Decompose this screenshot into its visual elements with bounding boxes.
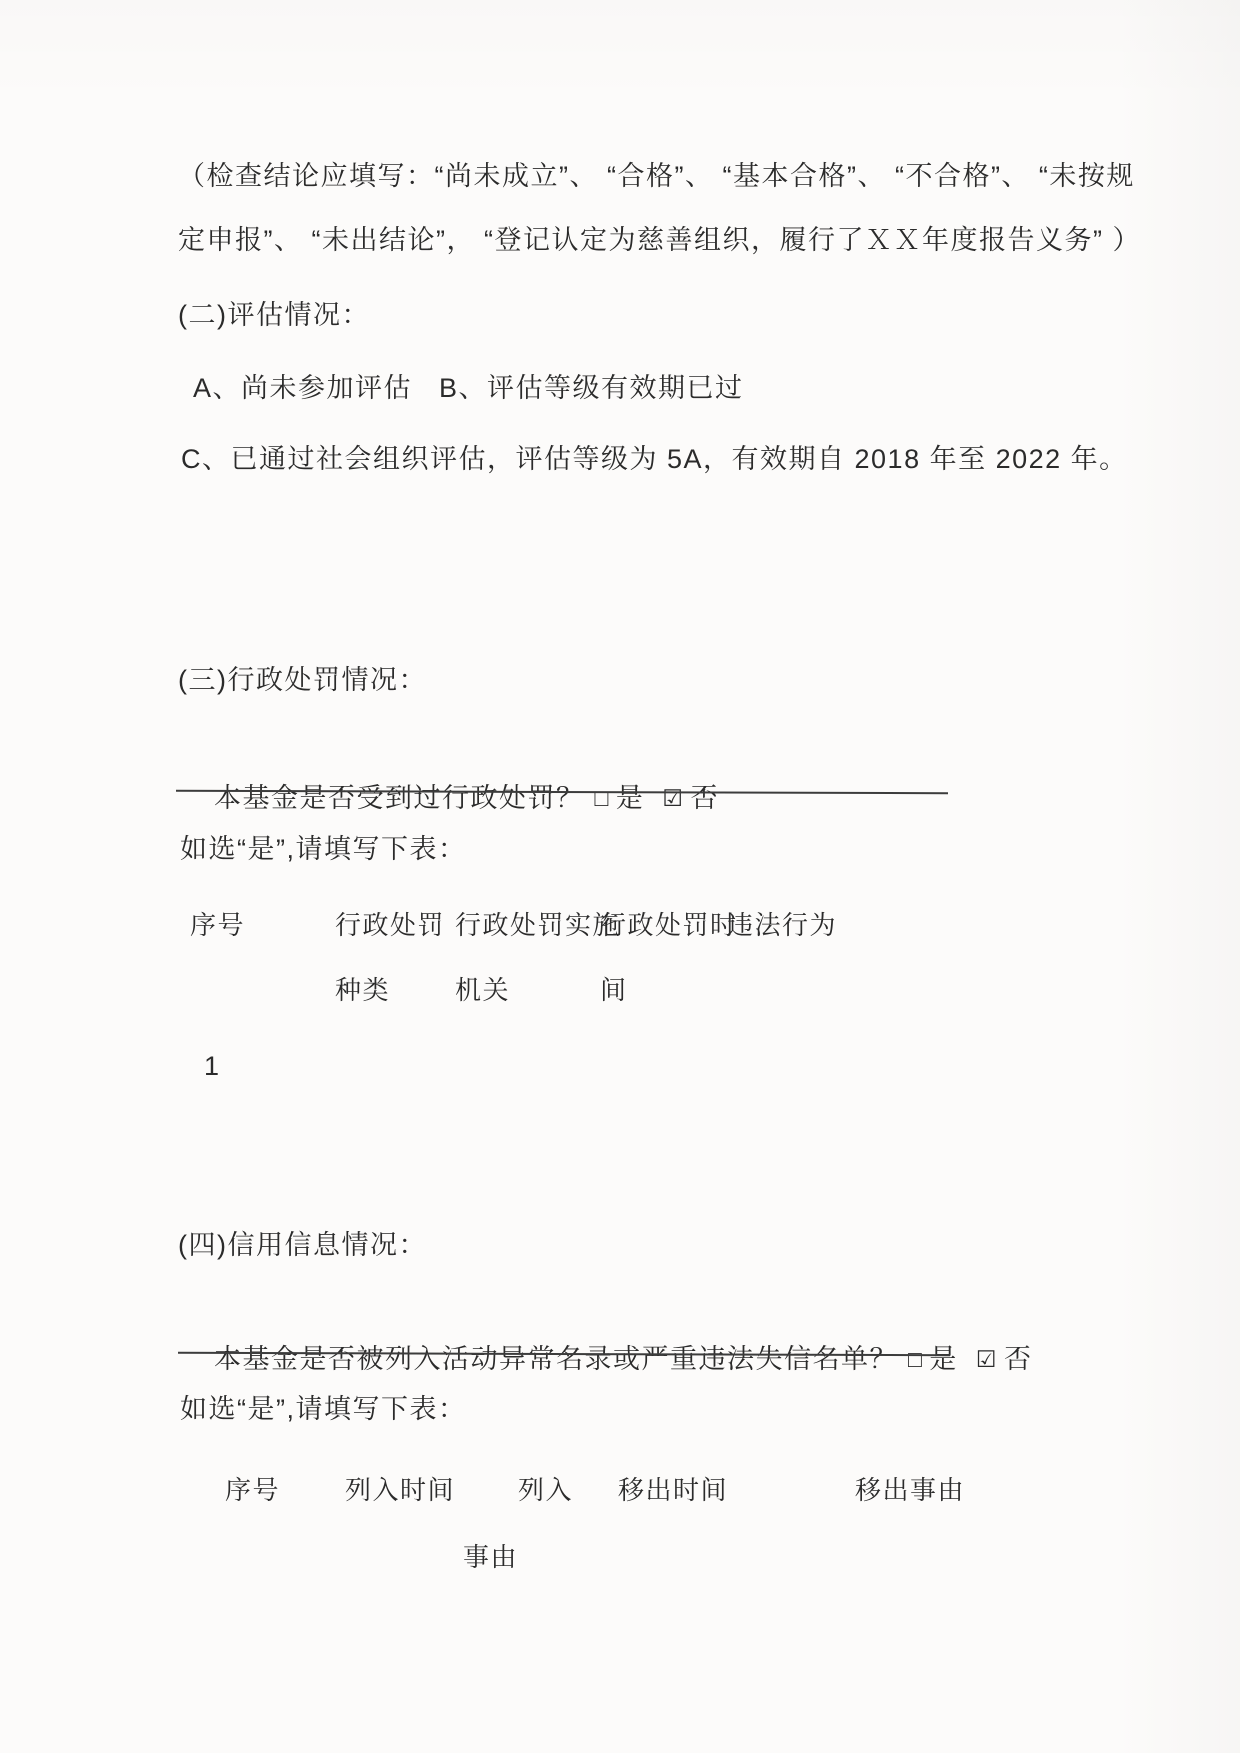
credit-table-header-removed-reason: 移出事由 xyxy=(855,1470,965,1507)
credit-yes-checkbox-icon: □ xyxy=(908,1341,923,1377)
evaluation-option-c: C、已通过社会组织评估，评估等级为 5A，有效期自 2018 年至 2022 年… xyxy=(181,441,1128,477)
credit-table-header-listed-reason-l2: 事由 xyxy=(463,1537,518,1574)
penalty-table-header-time-l1: 行政处罚时 xyxy=(600,905,738,942)
credit-table-header-listed-reason-l1: 列入 xyxy=(518,1470,573,1507)
credit-fill-hint: 如选“是”,请填写下表： xyxy=(180,1391,466,1427)
penalty-table-header-seq: 序号 xyxy=(190,905,245,942)
scanned-document-page: （检查结论应填写：“尚未成立”、 “合格”、 “基本合格”、 “不合格”、 “未… xyxy=(0,0,1240,1753)
credit-yes-label: 是 xyxy=(929,1341,958,1377)
penalty-table-header-violation: 违法行为 xyxy=(727,905,837,942)
penalty-no-checkbox-icon: ☑ xyxy=(662,780,684,816)
credit-question: 本基金是否被列入活动异常名录或严重违法失信名单？ xyxy=(214,1344,898,1374)
evaluation-options-ab: A、尚未参加评估 B、评估等级有效期已过 xyxy=(193,370,744,406)
penalty-table-header-time-l2: 间 xyxy=(600,970,628,1007)
penalty-yes-label: 是 xyxy=(616,780,645,816)
section-evaluation-heading: (二)评估情况： xyxy=(178,297,370,333)
credit-no-checkbox-icon: ☑ xyxy=(976,1341,998,1377)
penalty-table-header-authority-l2: 机关 xyxy=(455,970,510,1007)
credit-no-label: 否 xyxy=(1004,1341,1033,1377)
penalty-table-header-type-l2: 种类 xyxy=(335,970,390,1007)
inspection-note-line-2: 定申报”、 “未出结论”， “登记认定为慈善组织，履行了ＸＸ年度报告义务” ） xyxy=(178,222,1141,258)
inspection-note-line-1: （检查结论应填写：“尚未成立”、 “合格”、 “基本合格”、 “不合格”、 “未… xyxy=(178,158,1135,194)
credit-table-header-seq: 序号 xyxy=(225,1470,280,1507)
penalty-question: 本基金是否受到过行政处罚？ xyxy=(214,783,585,813)
section-credit-heading: (四)信用信息情况： xyxy=(178,1227,427,1263)
section-penalty-heading: (三)行政处罚情况： xyxy=(178,662,427,698)
penalty-fill-hint: 如选“是”,请填写下表： xyxy=(180,831,466,867)
penalty-yes-checkbox-icon: □ xyxy=(595,780,610,816)
credit-table-header-removed-time: 移出时间 xyxy=(618,1470,728,1507)
penalty-table-header-authority-l1: 行政处罚实施 xyxy=(455,905,620,942)
penalty-no-label: 否 xyxy=(691,780,720,816)
credit-table-header-listed-time: 列入时间 xyxy=(345,1470,455,1507)
penalty-table-header-type-l1: 行政处罚 xyxy=(335,905,445,942)
penalty-table-row-number: 1 xyxy=(204,1048,219,1084)
